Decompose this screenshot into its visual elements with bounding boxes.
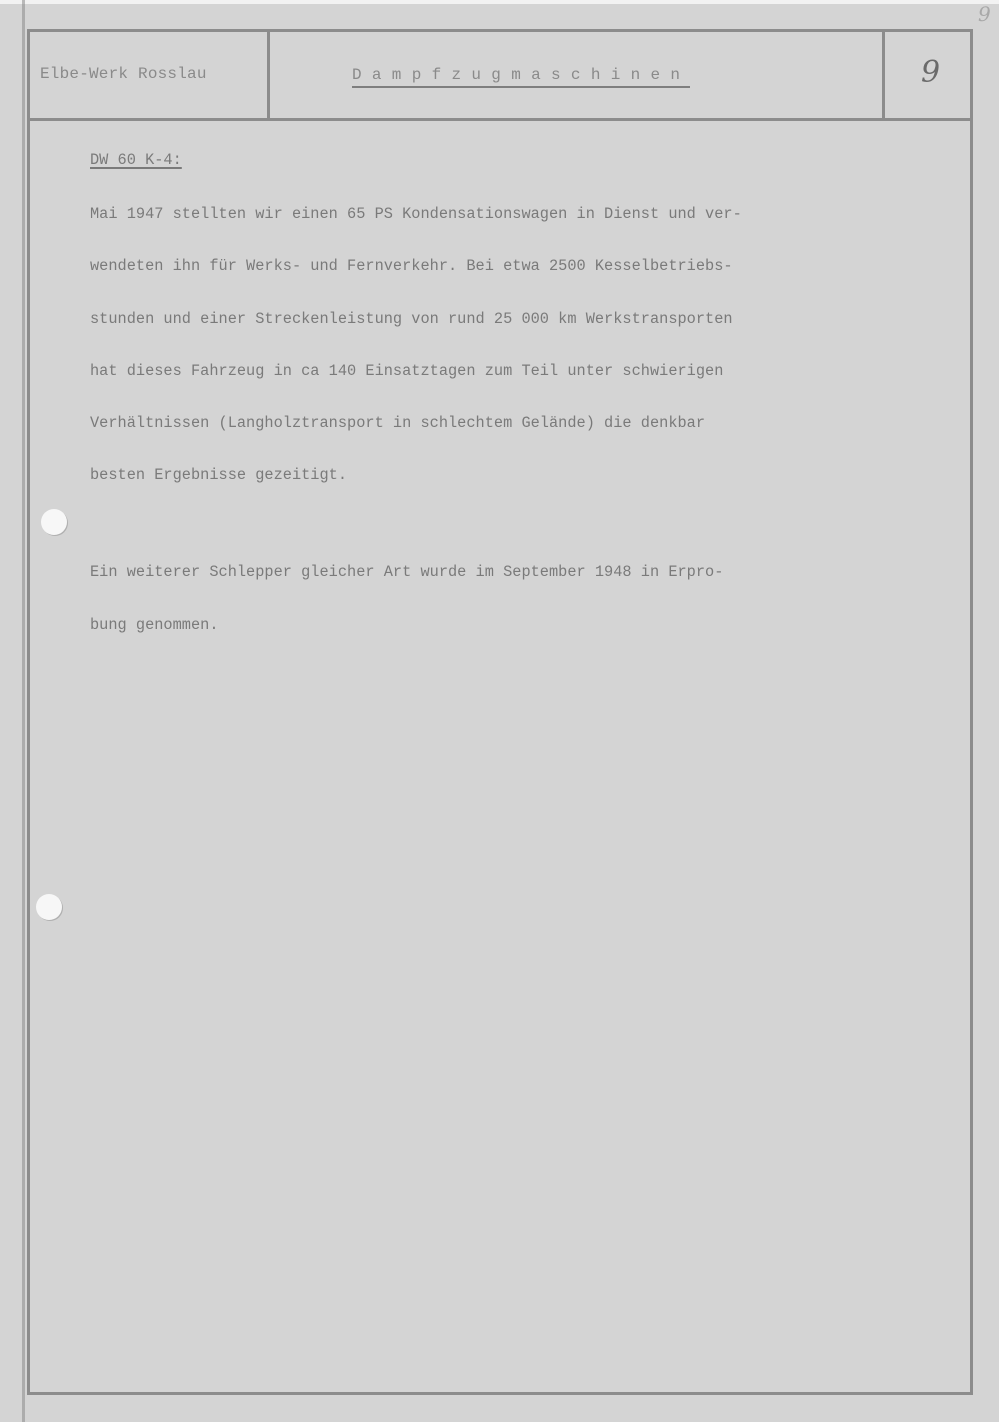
text-line: Ein weiterer Schlepper gleicher Art wurd…	[90, 564, 970, 581]
document-title: Dampfzugmaschinen	[352, 65, 690, 88]
document-body: DW 60 K-4: Mai 1947 stellten wir einen 6…	[90, 152, 970, 669]
header-company-cell: Elbe-Werk Rosslau	[27, 29, 270, 118]
header-table: Elbe-Werk Rosslau Dampfzugmaschinen 9	[27, 29, 973, 121]
text-line: besten Ergebnisse gezeitigt.	[90, 467, 970, 484]
section-heading: DW 60 K-4:	[90, 152, 970, 169]
punch-hole-icon	[36, 894, 62, 920]
paragraph-2: Ein weiterer Schlepper gleicher Art wurd…	[90, 530, 970, 669]
text-line: bung genommen.	[90, 617, 970, 634]
header-title-cell: Dampfzugmaschinen	[270, 29, 885, 118]
text-line: Verhältnissen (Langholztransport in schl…	[90, 415, 970, 432]
handwritten-corner-number: 9	[978, 2, 991, 26]
text-line: stunden und einer Streckenleistung von r…	[90, 311, 970, 328]
paper-top-edge	[0, 0, 999, 4]
text-line: hat dieses Fahrzeug in ca 140 Einsatztag…	[90, 363, 970, 380]
paragraph-1: Mai 1947 stellten wir einen 65 PS Konden…	[90, 171, 970, 519]
page-number: 9	[921, 55, 940, 90]
text-line: Mai 1947 stellten wir einen 65 PS Konden…	[90, 206, 970, 223]
binding-edge-line	[22, 0, 25, 1422]
company-name: Elbe-Werk Rosslau	[40, 65, 207, 83]
text-line: wendeten ihn für Werks- und Fernverkehr.…	[90, 258, 970, 275]
punch-hole-icon	[41, 509, 67, 535]
header-page-cell: 9	[885, 29, 967, 118]
